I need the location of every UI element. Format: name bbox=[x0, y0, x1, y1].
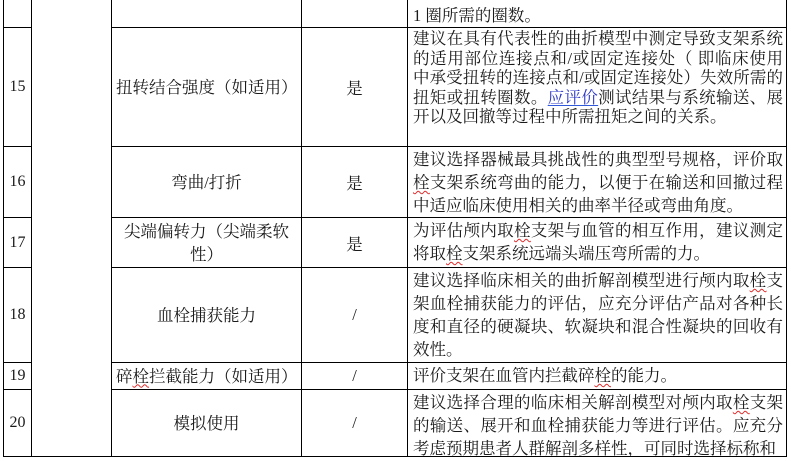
description-cell: 建议在具有代表性的曲折模型中测定导致支架系统的适用部位连接点和/或固定连接处（ … bbox=[408, 28, 787, 147]
applicable-cell: 是 bbox=[302, 147, 408, 218]
test-item-cell: 尖端偏转力（尖端柔软性） bbox=[112, 218, 302, 268]
evaluation-requirements-table: 1 圈所需的圈数。 15 扭转结合强度（如适用） 是 建议在具有代表性的曲折模型… bbox=[3, 0, 787, 457]
applicable-cell bbox=[302, 0, 408, 28]
test-item-cell: 扭转结合强度（如适用） bbox=[112, 28, 302, 147]
description-cell: 评价支架在血管内拦截碎栓的能力。 bbox=[408, 363, 787, 390]
row-number-cell bbox=[4, 0, 32, 28]
row-number-cell: 18 bbox=[4, 268, 32, 363]
applicable-cell: / bbox=[302, 363, 408, 390]
document-page: 1 圈所需的圈数。 15 扭转结合强度（如适用） 是 建议在具有代表性的曲折模型… bbox=[0, 0, 791, 461]
test-item-cell: 弯曲/打折 bbox=[112, 147, 302, 218]
row-number-cell: 19 bbox=[4, 363, 32, 390]
description-cell: 建议选择器械最具挑战性的典型型号规格，评价取栓支架系统弯曲的能力，以便于在输送和… bbox=[408, 147, 787, 218]
test-item-cell: 碎栓拦截能力（如适用） bbox=[112, 363, 302, 390]
test-item-cell: 模拟使用 bbox=[112, 390, 302, 457]
row-number-cell: 16 bbox=[4, 147, 32, 218]
description-cell: 为评估颅内取栓支架与血管的相互作用，建议测定将取栓支架系统远端头端压弯所需的力。 bbox=[408, 218, 787, 268]
category-merged-cell bbox=[32, 0, 112, 457]
description-cell: 建议选择临床相关的曲折解剖模型进行颅内取栓支架血栓捕获能力的评估，应充分评估产品… bbox=[408, 268, 787, 363]
description-cell: 建议选择合理的临床相关解剖模型对颅内取栓支架的输送、展开和血栓捕获能力等进行评估… bbox=[408, 390, 787, 457]
applicable-cell: 是 bbox=[302, 218, 408, 268]
applicable-cell: / bbox=[302, 268, 408, 363]
applicable-cell: 是 bbox=[302, 28, 408, 147]
row-number-cell: 17 bbox=[4, 218, 32, 268]
row-number-cell: 15 bbox=[4, 28, 32, 147]
description-cell: 1 圈所需的圈数。 bbox=[408, 0, 787, 28]
test-item-cell bbox=[112, 0, 302, 28]
test-item-cell: 血栓捕获能力 bbox=[112, 268, 302, 363]
row-number-cell: 20 bbox=[4, 390, 32, 457]
applicable-cell: / bbox=[302, 390, 408, 457]
